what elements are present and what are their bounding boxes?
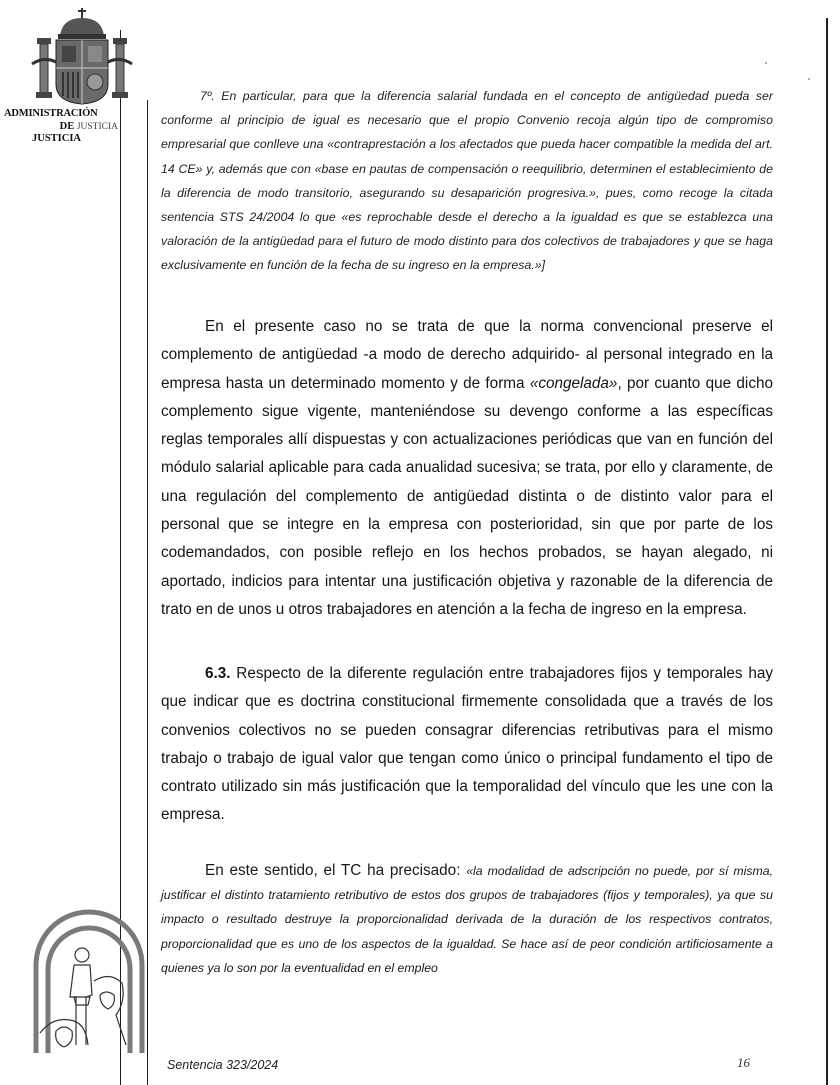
scan-speck: [765, 62, 767, 64]
organization-line2-bold: DE: [60, 121, 75, 132]
organization-line3: JUSTICIA: [4, 133, 120, 146]
page-number: 16: [737, 1055, 750, 1071]
spanish-coat-of-arms-icon: [22, 6, 142, 106]
paragraph-3-text: En este sentido, el TC ha precisado: «la…: [161, 859, 773, 980]
quoted-paragraph: 7º. En particular, para que la diferenci…: [161, 84, 773, 278]
paragraph-1: En el presente caso no se trata de que l…: [161, 313, 773, 624]
junta-andalucia-emblem-icon: [30, 905, 148, 1055]
quote-text: 7º. En particular, para que la diferenci…: [161, 84, 773, 278]
paragraph-3: En este sentido, el TC ha precisado: «la…: [161, 859, 773, 980]
paragraph-1-part-b: , por cuanto que dicho complemento sigue…: [161, 375, 773, 618]
paragraph-section-6-3: 6.3. Respecto de la diferente regulación…: [161, 660, 773, 830]
section-number: 6.3.: [205, 665, 231, 682]
paragraph-3-lead: En este sentido, el TC ha precisado:: [205, 862, 466, 879]
organization-line2-light: JUSTICIA: [77, 122, 118, 132]
paragraph-2-text: 6.3. Respecto de la diferente regulación…: [161, 660, 773, 830]
sentence-reference: Sentencia 323/2024: [167, 1058, 278, 1072]
paragraph-2-body: Respecto de la diferente regulación entr…: [161, 665, 773, 823]
paragraph-1-italic: «congelada»: [530, 375, 618, 392]
organization-line2: DE JUSTICIA: [4, 121, 120, 134]
organization-line1: ADMINISTRACIÓN: [4, 108, 120, 121]
paragraph-3-quote: «la modalidad de adscripción no puede, p…: [161, 864, 773, 975]
scan-speck: [808, 78, 810, 80]
organization-label: ADMINISTRACIÓN DE JUSTICIA JUSTICIA: [4, 108, 120, 146]
margin-rule-right: [826, 18, 828, 1085]
paragraph-1-text: En el presente caso no se trata de que l…: [161, 313, 773, 624]
